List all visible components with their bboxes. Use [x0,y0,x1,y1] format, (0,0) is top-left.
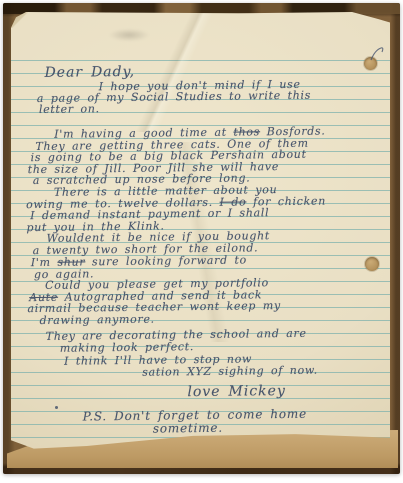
letter-line: sometime. [153,421,223,436]
scanned-letter-page: Dear Dady,I hope you don't mind if I use… [0,0,403,483]
letter-line: drawing anymore. [39,313,154,327]
letter-text: sure looking forward to [85,253,247,268]
letter-line: sation XYZ sighing of now. [142,364,318,379]
handwriting-layer: Dear Dady,I hope you don't mind if I use… [0,0,403,483]
letter-text: Dear Dady, [44,64,135,81]
letter-text: love Mickey [187,383,286,400]
letter-text: sometime. [153,421,223,436]
letter-text: sation XYZ sighing of now. [142,364,318,379]
letter-line: love Mickey [187,383,286,400]
letter-text: letter on. [39,102,100,116]
letter-line: Dear Dady, [44,64,135,81]
letter-line: letter on. [39,102,100,116]
letter-text: drawing anymore. [39,313,154,327]
